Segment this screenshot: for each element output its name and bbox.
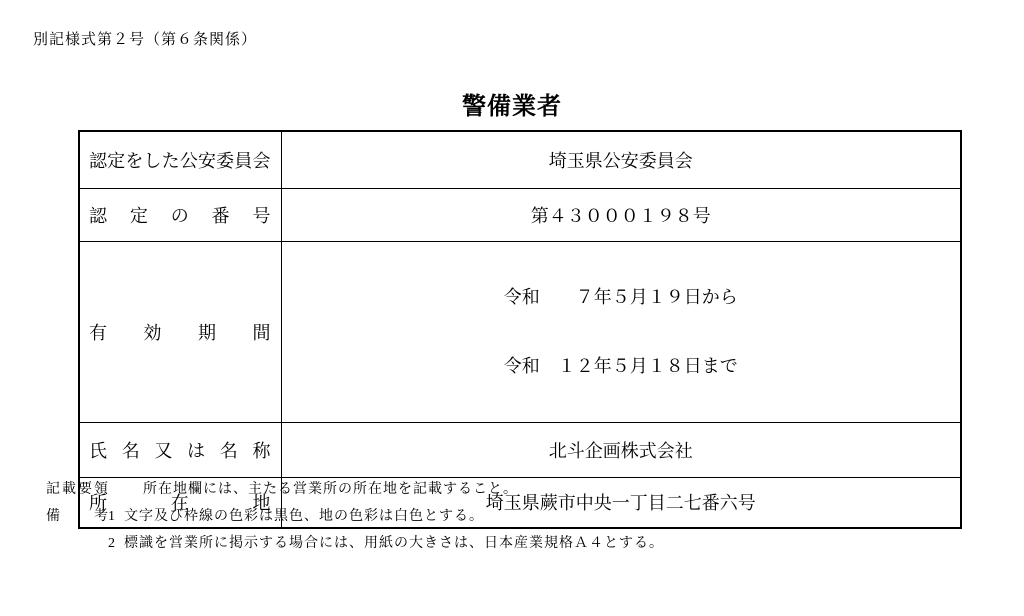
note-label-entry-guideline: 記載要領	[46, 476, 108, 503]
note-number-2: 2	[108, 530, 124, 557]
note-text-entry-guideline: 所在地欄には、主たる営業所の所在地を記載すること。	[124, 476, 518, 503]
table-row-validity-period: 有効期間 令和 ７年５月１９日から 令和 １２年５月１８日まで	[79, 241, 961, 422]
note-number-0	[108, 476, 124, 503]
validity-period-start: 令和 ７年５月１９日から	[282, 284, 961, 311]
note-line-entry-guideline: 記載要領 所在地欄には、主たる営業所の所在地を記載すること。	[46, 476, 664, 503]
note-label-blank	[46, 530, 108, 557]
note-line-remarks-1: 備考 1 文字及び枠線の色彩は黒色、地の色彩は白色とする。	[46, 503, 664, 530]
certification-table: 認定をした公安委員会 埼玉県公安委員会 認定の番号 第４３０００１９８号 有効期…	[78, 130, 962, 529]
value-certifying-commission: 埼玉県公安委員会	[281, 131, 961, 188]
label-certifying-commission: 認定をした公安委員会	[79, 131, 281, 188]
form-reference: 別記様式第２号（第６条関係）	[33, 28, 257, 49]
notes-section: 記載要領 所在地欄には、主たる営業所の所在地を記載すること。 備考 1 文字及び…	[46, 476, 664, 557]
table-row-certifying-commission: 認定をした公安委員会 埼玉県公安委員会	[79, 131, 961, 188]
note-label-remarks: 備考	[46, 503, 108, 530]
value-certification-number: 第４３０００１９８号	[281, 188, 961, 241]
page-title: 警備業者	[0, 86, 1024, 121]
note-line-remarks-2: 2 標識を営業所に掲示する場合には、用紙の大きさは、日本産業規格Ａ４とする。	[46, 530, 664, 557]
label-validity-period: 有効期間	[79, 241, 281, 422]
note-text-remarks-2: 標識を営業所に掲示する場合には、用紙の大きさは、日本産業規格Ａ４とする。	[124, 530, 664, 557]
validity-period-end: 令和 １２年５月１８日まで	[282, 353, 961, 380]
table-row-name: 氏名又は名称 北斗企画株式会社	[79, 422, 961, 477]
label-certification-number: 認定の番号	[79, 188, 281, 241]
label-name: 氏名又は名称	[79, 422, 281, 477]
table-row-certification-number: 認定の番号 第４３０００１９８号	[79, 188, 961, 241]
value-validity-period: 令和 ７年５月１９日から 令和 １２年５月１８日まで	[281, 241, 961, 422]
note-text-remarks-1: 文字及び枠線の色彩は黒色、地の色彩は白色とする。	[124, 503, 484, 530]
note-number-1: 1	[108, 503, 124, 530]
certificate-page: 別記様式第２号（第６条関係） 警備業者 認定をした公安委員会 埼玉県公安委員会 …	[0, 0, 1024, 616]
value-name: 北斗企画株式会社	[281, 422, 961, 477]
